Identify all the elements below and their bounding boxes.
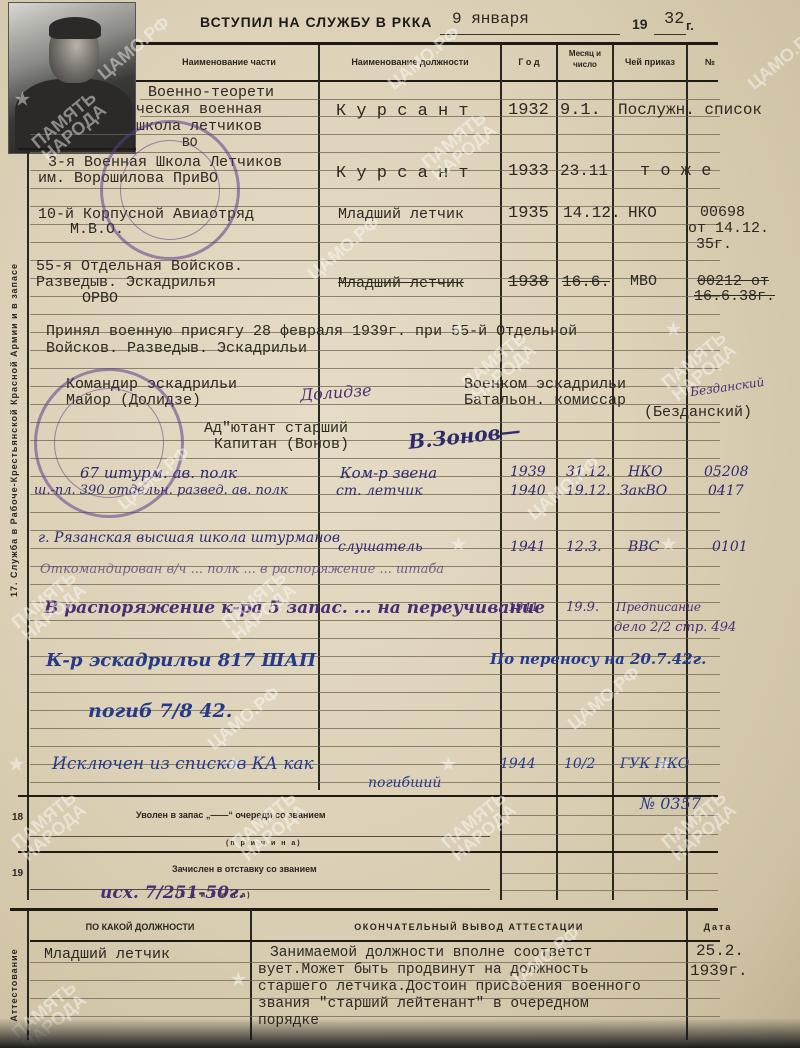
row4-year: 1938 (508, 273, 549, 292)
row4-position: Младший летчик (338, 275, 464, 292)
section-18-label: Уволен в запас „——“ очереди со званием (136, 810, 326, 820)
hw-row6-unit: К-р эскадрильи 817 ШАП (46, 650, 316, 671)
table-top-rule (136, 42, 718, 45)
attestation-side-label-text: Аттестование (9, 948, 19, 1021)
rule-line (502, 834, 718, 835)
watermark-camo: ЦАМО.РФ (745, 24, 800, 92)
rule-line (30, 728, 720, 729)
section-18-number: 18 (12, 812, 23, 823)
enlist-year-suffix: 32 (664, 10, 684, 29)
enlist-year-unit: г. (686, 18, 694, 33)
section-19-top-rule (18, 851, 718, 853)
hw-row5-number: дело 2/2 стр. 494 (614, 620, 736, 635)
col-header-year: Г о д (502, 57, 556, 67)
section-18-reason-label: (п р и ч и н а) (226, 840, 302, 847)
rule-line (30, 584, 720, 585)
hw-row4-unit: Откомандирован в/ч ... полк ... в распор… (40, 562, 444, 577)
hw-row8-date: 10/2 (564, 756, 595, 772)
row1-position: К у р с а н т (336, 102, 469, 121)
photo-hair (49, 17, 101, 39)
section-17-label-text: 17. Служба в Рабоче-Крестьянской Красной… (9, 263, 19, 597)
row2-year: 1933 (508, 162, 549, 181)
adjutant-name: Капитан (Вонов) (214, 436, 349, 453)
col-header-position: Наименование должности (320, 57, 500, 67)
attestation-conclusion-line2: вует.Может быть продвинут на должность (258, 962, 589, 978)
row2-position: К у р с а н т (336, 164, 469, 183)
col-header-att-conclusion: ОКОНЧАТЕЛЬНЫЙ ВЫВОД АТТЕСТАЦИИ (252, 922, 686, 932)
rule-line (30, 746, 720, 747)
attestation-top-rule (10, 908, 718, 911)
oath-line1: Принял военную присягу 28 февраля 1939г.… (46, 323, 577, 340)
header-bottom-rule (136, 80, 718, 82)
hw-row7-unit: погиб 7/8 42. (88, 700, 232, 722)
attestation-header-rule (30, 940, 720, 942)
attestation-date-line1: 25.2. (696, 942, 744, 960)
rule-line (502, 815, 718, 816)
portrait-photo (8, 2, 136, 154)
hw-row3-order-by: ВВС (628, 539, 659, 555)
row3-date: 14.12. (563, 204, 621, 222)
rule-line (30, 836, 490, 837)
col-header-att-position: ПО КАКОЙ ДОЛЖНОСТИ (30, 922, 250, 932)
archive-document-page: ВСТУПИЛ НА СЛУЖБУ В РККА 9 января 19 32 … (0, 0, 800, 1048)
row3-position: Младший летчик (338, 206, 464, 223)
photo-body (15, 79, 133, 154)
hw-row5-unit: В распоряжение к-ра 5 запас. ... на пере… (44, 598, 545, 618)
hw-row6-order-by: По переносу на 20.7.42г. (490, 650, 706, 668)
watermark-star-icon: ★ (665, 310, 682, 345)
section-19-handwritten-ref: исх. 7/251-50г. (100, 883, 244, 903)
attestation-conclusion-line3: старшего летчика.Достоин присвоения воен… (258, 979, 641, 995)
hw-row1-number: 05208 (704, 464, 749, 480)
rule-line (502, 873, 718, 874)
attestation-position: Младший летчик (44, 946, 170, 963)
row3-number-line1: 00698 (700, 204, 745, 221)
hw-row1-order-by: НКО (628, 464, 663, 480)
col-divider-3 (556, 45, 558, 900)
year-underline (654, 34, 686, 35)
hw-row5-order-by: Предписание (616, 600, 701, 614)
hw-row5-date: 19.9. (566, 600, 599, 615)
col-divider-4 (612, 45, 614, 900)
row2-date: 23.11 (560, 162, 608, 180)
hw-row8-order-by: ГУК НКО (620, 756, 689, 772)
row3-number-line3: 35г. (696, 236, 732, 253)
hw-row8-position: погибший (368, 775, 441, 791)
hw-row2-position: ст. летчик (336, 483, 423, 499)
hw-row2-date: 19.12. (566, 483, 611, 499)
attestation-date-line2: 1939г. (690, 962, 748, 980)
adjutant-signature: В.Зонов— (407, 418, 522, 454)
row4-unit-line3: ОРВО (82, 290, 118, 307)
row1-unit-line2: ческая военная (136, 101, 262, 118)
row4-order-by: МВО (630, 273, 657, 290)
row2-order-by: т о ж е (640, 162, 711, 181)
hw-row2-number: 0417 (708, 483, 744, 499)
left-border (27, 150, 29, 900)
rule-line (30, 296, 720, 297)
section-18-top-rule (18, 795, 718, 797)
hw-row3-year: 1941 (510, 539, 546, 555)
section-19-number: 19 (12, 868, 23, 879)
hw-row2-order-by: ЗакВО (620, 483, 667, 499)
hw-row3-date: 12.3. (566, 539, 602, 555)
hw-row1-year: 1939 (510, 464, 546, 480)
row1-unit-line1: Военно-теорети (148, 84, 274, 101)
attestation-conclusion-line4: звания "старший лейтенант" в очередном (258, 996, 589, 1012)
hw-row3-number: 0101 (712, 539, 748, 555)
hw-row3-unit: г. Рязанская высшая школа штурманов (38, 530, 340, 546)
row4-unit-line1: 55-я Отдельная Войсков. (36, 258, 243, 275)
hw-row5-year: 1941 (508, 600, 539, 614)
enlist-year-prefix: 19 (632, 16, 648, 32)
hw-row2-year: 1940 (510, 483, 546, 499)
rule-line (30, 314, 720, 315)
commissar-rank: Батальон. комиссар (464, 392, 626, 409)
rule-line (30, 368, 720, 369)
col-header-att-date: Дата (688, 922, 748, 932)
hw-row8-unit: Исключен из списков КА как (52, 754, 314, 774)
rule-line (30, 692, 720, 693)
hw-row3-position: слушатель (338, 539, 423, 555)
hw-row8-year: 1944 (500, 756, 536, 772)
ink-stamp-middle-inner (54, 388, 164, 498)
row1-date: 9.1. (560, 101, 601, 120)
watermark-star-icon: ★ (230, 960, 247, 995)
watermark-star-icon: ★ (440, 745, 457, 780)
ink-stamp-top-inner (120, 140, 220, 240)
row3-number-line2: от 14.12. (688, 220, 769, 237)
col-header-date: Месяц и число (558, 48, 612, 70)
row3-year: 1935 (508, 204, 549, 223)
col-header-order: Чей приказ (614, 57, 686, 67)
row1-year: 1932 (508, 101, 549, 120)
commissar-signature: Безданский (689, 375, 765, 399)
page-title: ВСТУПИЛ НА СЛУЖБУ В РККА (200, 14, 432, 30)
col-header-number: № (688, 57, 732, 67)
rule-line (30, 638, 720, 639)
rule-line (30, 1016, 720, 1017)
hw-row1-position: Ком-р звена (340, 464, 437, 482)
rule-line (502, 890, 718, 891)
col-divider-1b (318, 455, 320, 790)
row1-order-by: Послужн. список (618, 101, 762, 119)
adjutant-title: Ад"ютант старший (204, 420, 348, 437)
row4-unit-line2: Разведыв. Эскадрилья (36, 274, 216, 291)
commander-signature: Долидзе (299, 381, 372, 405)
attestation-conclusion-line1: Занимаемой должности вполне соответст (270, 945, 592, 961)
hw-row1-date: 31.12. (566, 464, 611, 480)
enlist-date-day: 9 января (452, 10, 529, 28)
oath-line2: Войсков. Разведыв. Эскадрильи (46, 340, 307, 357)
watermark-star-icon: ★ (8, 745, 25, 780)
row4-number-line2: 16.6.38г. (694, 288, 775, 305)
commissar-name: (Безданский) (644, 404, 752, 421)
rule-line (30, 674, 720, 675)
rule-line (30, 889, 490, 890)
row3-order-by: НКО (628, 204, 657, 222)
watermark-line2: НАРОДА (448, 800, 520, 865)
date-underline (440, 34, 620, 35)
section-17-side-label: 17. Служба в Рабоче-Крестьянской Красной… (6, 195, 22, 665)
commissar-title: Военком эскадрильи (464, 376, 626, 393)
row4-date: 16.6. (562, 273, 610, 291)
section-19-label: Зачислен в отставку со званием (172, 864, 317, 874)
scan-bottom-shadow (0, 1018, 800, 1048)
col-header-unit: Наименование части (140, 57, 318, 67)
